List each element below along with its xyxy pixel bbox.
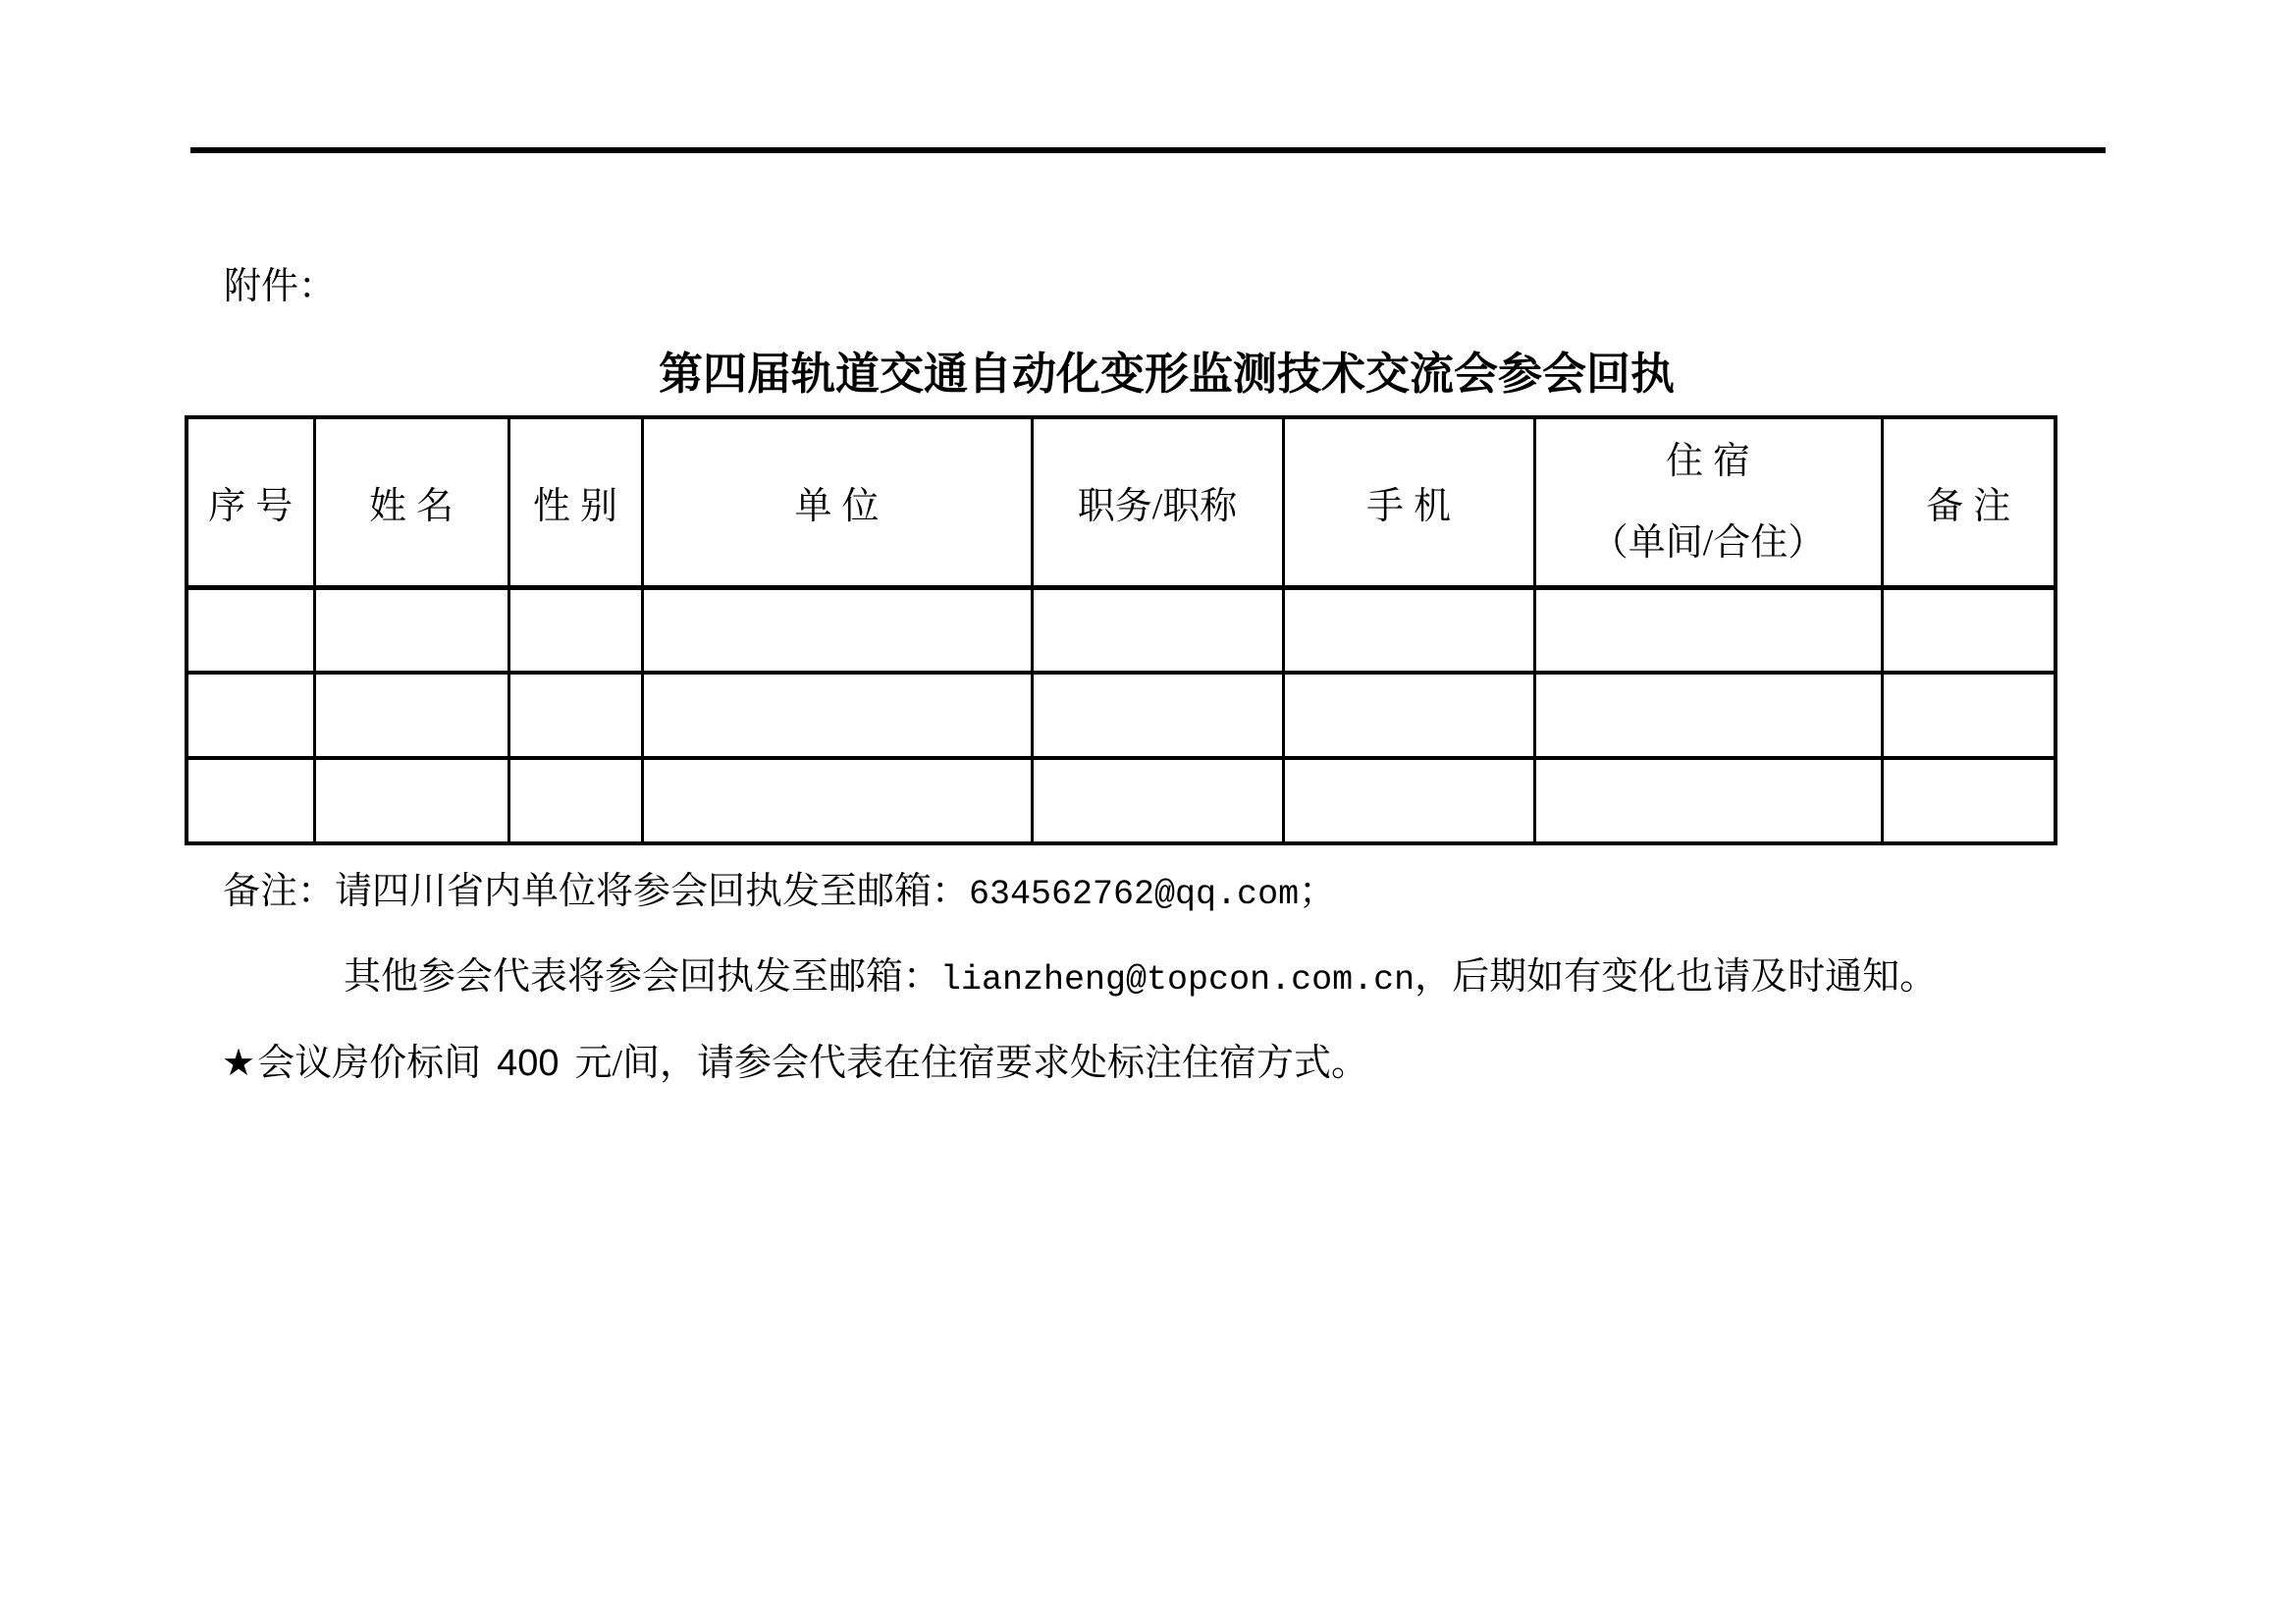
table-cell — [642, 758, 1032, 843]
table-cell — [187, 758, 314, 843]
star-icon: ★ — [222, 1041, 255, 1086]
table-cell — [508, 587, 642, 673]
table-cell — [642, 673, 1032, 758]
column-header-position-title: 职务/职称 — [1032, 417, 1283, 587]
accommodation-header-line1: 住宿 — [1536, 441, 1881, 482]
table-cell — [314, 673, 508, 758]
table-cell — [642, 587, 1032, 673]
table-cell — [187, 587, 314, 673]
note-line-room-price: ★会议房价标间400元/间，请参会代表在住宿要求处标注住宿方式。 — [222, 1041, 1368, 1086]
note-suffix: ； — [1299, 871, 1336, 912]
table-cell — [1882, 673, 2056, 758]
table-row — [187, 587, 2056, 673]
table-header-row: 序号 姓名 性别 单位 职务/职称 手机 住宿 （单间/合住） 备注 — [187, 417, 2056, 587]
table-cell — [1882, 758, 2056, 843]
column-header-serial-number: 序号 — [187, 417, 314, 587]
table-cell — [187, 673, 314, 758]
note-suffix: ，后期如有变化也请及时通知。 — [1415, 956, 1937, 998]
table-cell — [314, 758, 508, 843]
column-header-accommodation: 住宿 （单间/合住） — [1534, 417, 1882, 587]
table-cell — [1032, 673, 1283, 758]
table-cell — [1534, 587, 1882, 673]
table-cell — [1032, 587, 1283, 673]
note-prefix: 备注：请四川省内单位将参会回执发至邮箱： — [223, 871, 969, 912]
column-header-name: 姓名 — [314, 417, 508, 587]
table-cell — [1032, 758, 1283, 843]
email-address: 634562762@qq.com — [969, 875, 1299, 914]
attachment-label: 附件： — [224, 265, 336, 308]
note-suffix: 元/间，请参会代表在住宿要求处标注住宿方式。 — [575, 1043, 1369, 1084]
table-cell — [1534, 758, 1882, 843]
table-cell — [1283, 758, 1534, 843]
column-header-organization: 单位 — [642, 417, 1032, 587]
column-header-remarks: 备注 — [1882, 417, 2056, 587]
note-line-other-delegates-email: 其他参会代表将参会回执发至邮箱：lianzheng@topcon.com.cn，… — [344, 954, 1937, 1002]
table-cell — [1534, 673, 1882, 758]
column-header-gender: 性别 — [508, 417, 642, 587]
table-row — [187, 758, 2056, 843]
room-price-value: 400 — [497, 1043, 559, 1084]
column-header-mobile: 手机 — [1283, 417, 1534, 587]
table-cell — [1283, 673, 1534, 758]
table-cell — [1882, 587, 2056, 673]
email-address: lianzheng@topcon.com.cn — [940, 960, 1415, 1000]
table-cell — [508, 758, 642, 843]
accommodation-header-line2: （单间/合住） — [1536, 522, 1881, 564]
table-cell — [1283, 587, 1534, 673]
table-row — [187, 673, 2056, 758]
table-cell — [314, 587, 508, 673]
participation-receipt-table: 序号 姓名 性别 单位 职务/职称 手机 住宿 （单间/合住） 备注 — [185, 415, 2057, 845]
document-page: 附件： 第四届轨道交通自动化变形监测技术交流会参会回执 序号 姓名 性别 单位 … — [0, 0, 2296, 1624]
note-prefix: 会议房价标间 — [257, 1043, 481, 1084]
note-prefix: 其他参会代表将参会回执发至邮箱： — [344, 956, 940, 998]
header-rule — [190, 147, 2106, 153]
table-cell — [508, 673, 642, 758]
note-line-remark-email: 备注：请四川省内单位将参会回执发至邮箱：634562762@qq.com； — [223, 869, 1336, 917]
page-title: 第四届轨道交通自动化变形监测技术交流会参会回执 — [209, 350, 2124, 399]
